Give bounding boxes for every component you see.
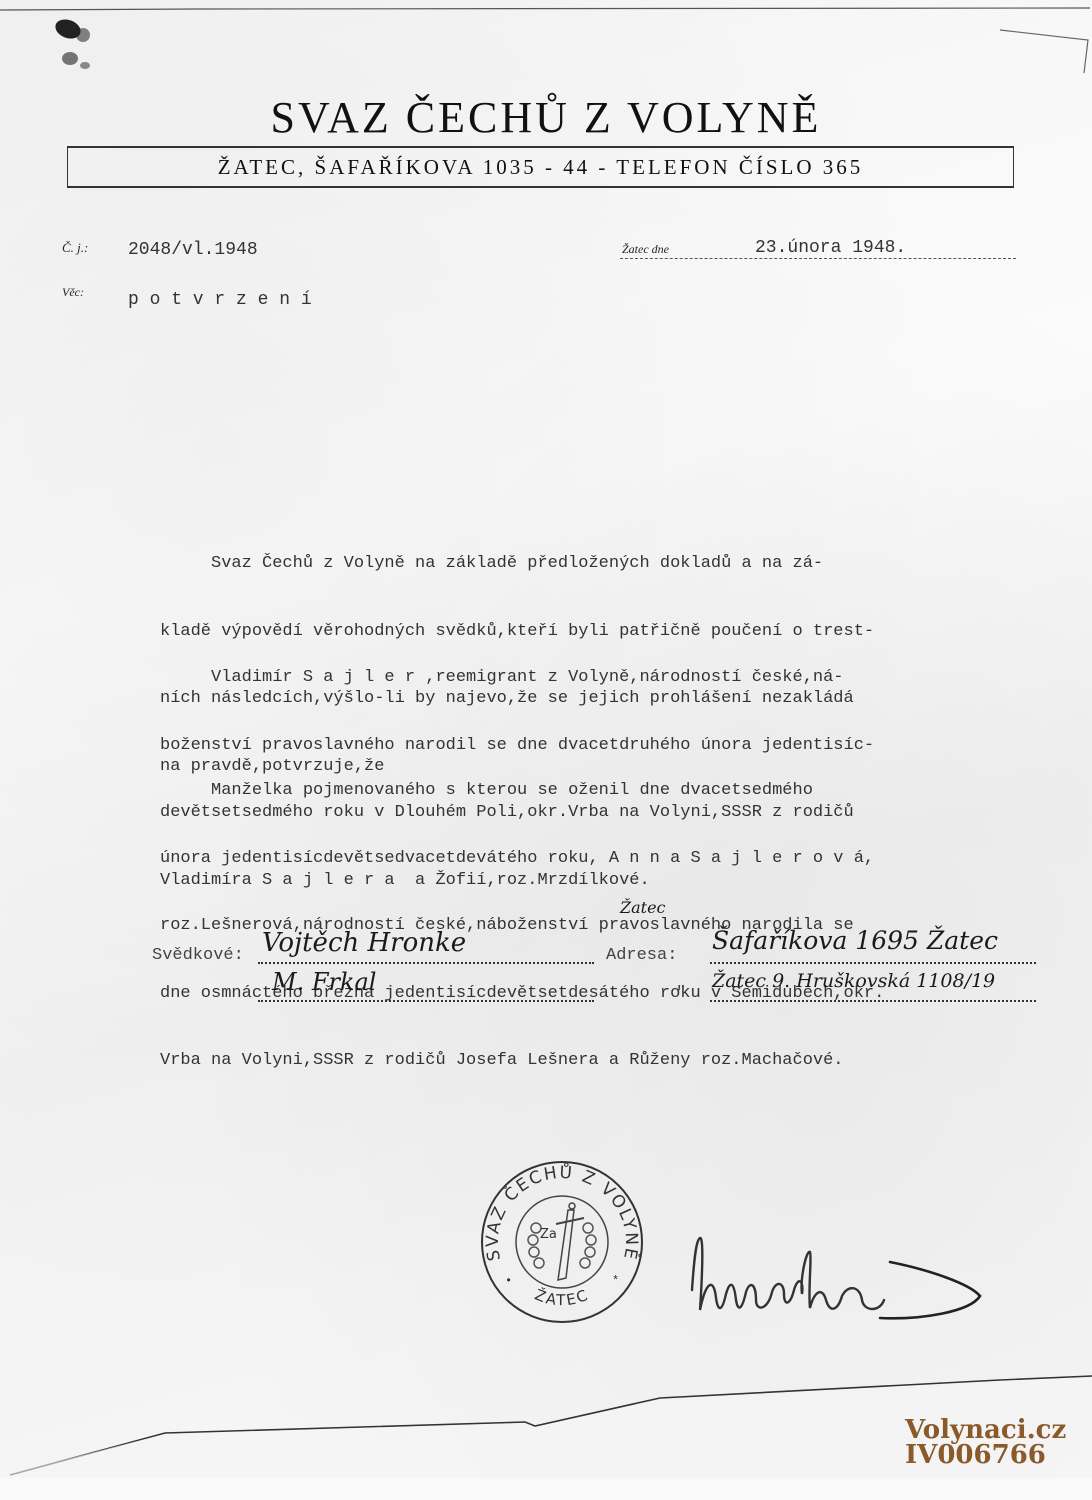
subject-label: Věc:	[62, 285, 84, 300]
witnesses-label: Svědkové:	[152, 946, 244, 965]
svg-text:*: *	[612, 1274, 619, 1288]
witness-1-signature: Vojtěch Hronke	[262, 928, 466, 958]
organization-stamp: SVAZ ČECHŮ Z VOLYNĚ ŽATEC • * Za	[478, 1158, 646, 1326]
paragraph-line: února jedentisícdevětsedvacetdevátého ro…	[160, 848, 1060, 871]
document-date: 23.února 1948.	[755, 238, 906, 258]
date-underline	[620, 258, 1016, 259]
archive-watermark: Volynaci.cz IV006766	[905, 1418, 1066, 1468]
address-1: Šafaříkova 1695 Žatec	[712, 926, 998, 955]
letterhead-address: ŽATEC, ŠAFAŘÍKOVA 1035 - 44 - TELEFON ČÍ…	[68, 155, 1013, 180]
paragraph-line: Vrba na Volyni,SSSR z rodičů Josefa Lešn…	[160, 1050, 1060, 1073]
letterhead-address-box: ŽATEC, ŠAFAŘÍKOVA 1035 - 44 - TELEFON ČÍ…	[67, 146, 1014, 188]
signature-scribble-icon	[680, 1220, 1000, 1330]
ditto-mark: "	[676, 984, 686, 1003]
subject-value: p o t v r z e n í	[128, 290, 312, 310]
paragraph-spouse: Manželka pojmenovaného s kterou se oženi…	[160, 735, 1060, 1095]
svg-text:•: •	[505, 1274, 512, 1288]
ink-blot	[62, 52, 78, 65]
place-date-label: Žatec dne	[622, 242, 669, 257]
reference-number: 2048/vl.1948	[128, 240, 258, 260]
stamp-seal-icon: SVAZ ČECHŮ Z VOLYNĚ ŽATEC • * Za	[478, 1158, 646, 1326]
watermark-id: IV006766	[905, 1443, 1066, 1468]
address-label: Adresa:	[606, 946, 677, 965]
reference-label: Č. j.:	[62, 240, 88, 256]
paragraph-line: Svaz Čechů z Volyně na základě předložen…	[160, 553, 1060, 576]
witness-1-line	[258, 962, 594, 964]
witness-2-signature: M. Frkal	[272, 968, 376, 996]
director-signature	[680, 1220, 1000, 1335]
address-2: Žatec 9. Hruškovská 1108/19	[712, 970, 995, 992]
paragraph-line: Vladimír S a j l e r ,reemigrant z Volyn…	[160, 667, 1060, 690]
organization-title: SVAZ ČECHŮ Z VOLYNĚ	[0, 92, 1092, 143]
address-1-line	[710, 962, 1036, 964]
ink-blot	[80, 62, 90, 69]
paragraph-line: Manželka pojmenovaného s kterou se oženi…	[160, 780, 1060, 803]
stamp-center-text: Za	[540, 1227, 557, 1242]
address-2-line	[710, 1000, 1036, 1002]
address-1-annotation: Žatec	[620, 898, 666, 917]
ink-blot	[76, 28, 90, 42]
witness-2-line	[258, 1000, 594, 1002]
